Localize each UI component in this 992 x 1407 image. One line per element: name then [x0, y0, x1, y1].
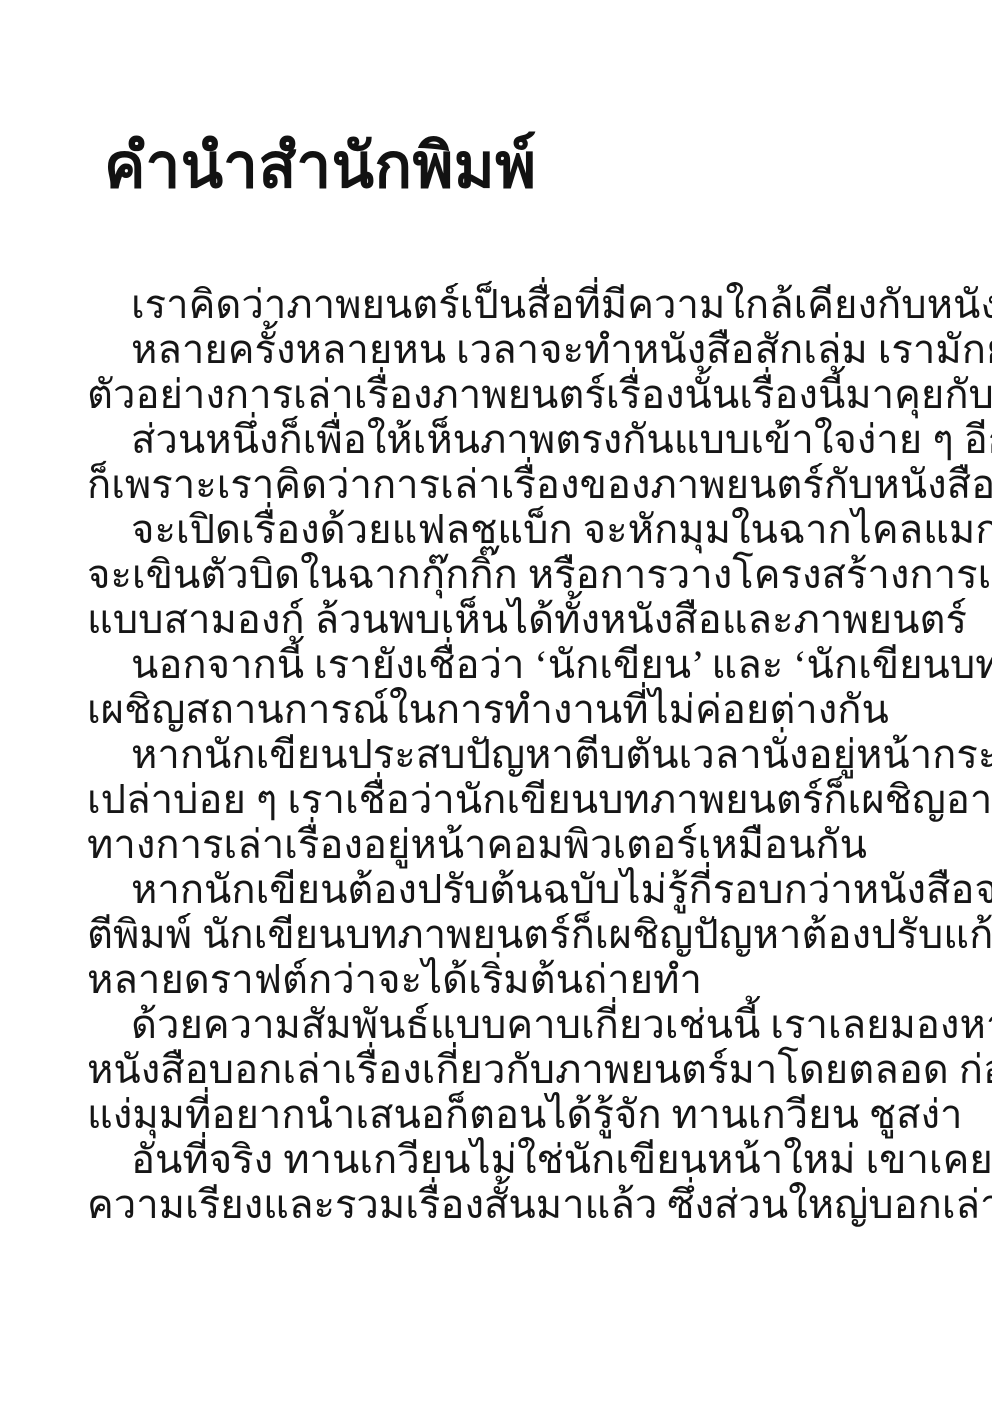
body-line: หลายดราฟต์กว่าจะได้เริ่มต้นถ่ายทำ [87, 957, 905, 1002]
body-line: เผชิญสถานการณ์ในการทำงานที่ไม่ค่อยต่างกั… [87, 687, 905, 732]
body-line: แบบสามองก์ ล้วนพบเห็นได้ทั้งหนังสือและภา… [87, 597, 905, 642]
page-title: คำนำสำนักพิมพ์ [104, 130, 537, 204]
body-line: ตีพิมพ์ นักเขียนบทภาพยนตร์ก็เผชิญปัญหาต้… [87, 912, 905, 957]
body-line: หากนักเขียนประสบปัญหาตีบตันเวลานั่งอยู่ห… [87, 732, 905, 777]
body-line: จะเปิดเรื่องด้วยแฟลชแบ็ก จะหักมุมในฉากไค… [87, 507, 905, 552]
body-line: ความเรียงและรวมเรื่องสั้นมาแล้ว ซึ่งส่วน… [87, 1182, 905, 1227]
body-line: เปล่าบ่อย ๆ เราเชื่อว่านักเขียนบทภาพยนตร… [87, 777, 905, 822]
body-line: เราคิดว่าภาพยนตร์เป็นสื่อที่มีความใกล้เค… [87, 282, 905, 327]
body-line: อันที่จริง ทานเกวียนไม่ใช่นักเขียนหน้าให… [87, 1137, 905, 1182]
body-line: แง่มุมที่อยากนำเสนอก็ตอนได้รู้จัก ทานเกว… [87, 1092, 905, 1137]
body-line: หลายครั้งหลายหน เวลาจะทำหนังสือสักเล่ม เ… [87, 327, 905, 372]
body-text-block: เราคิดว่าภาพยนตร์เป็นสื่อที่มีความใกล้เค… [87, 282, 905, 1227]
body-line: หากนักเขียนต้องปรับต้นฉบับไม่รู้กี่รอบกว… [87, 867, 905, 912]
book-page: คำนำสำนักพิมพ์ เราคิดว่าภาพยนตร์เป็นสื่อ… [0, 0, 992, 1407]
body-line: ทางการเล่าเรื่องอยู่หน้าคอมพิวเตอร์เหมือ… [87, 822, 905, 867]
body-line: ส่วนหนึ่งก็เพื่อให้เห็นภาพตรงกันแบบเข้าใ… [87, 417, 905, 462]
body-line: นอกจากนี้ เรายังเชื่อว่า ‘นักเขียน’ และ … [87, 642, 905, 687]
body-line: ตัวอย่างการเล่าเรื่องภาพยนตร์เรื่องนั้นเ… [87, 372, 905, 417]
body-line: จะเขินตัวบิดในฉากกุ๊กกิ๊ก หรือการวางโครง… [87, 552, 905, 597]
body-line: หนังสือบอกเล่าเรื่องเกี่ยวกับภาพยนตร์มาโ… [87, 1047, 905, 1092]
body-line: ด้วยความสัมพันธ์แบบคาบเกี่ยวเช่นนี้ เราเ… [87, 1002, 905, 1047]
body-line: ก็เพราะเราคิดว่าการเล่าเรื่องของภาพยนตร์… [87, 462, 905, 507]
